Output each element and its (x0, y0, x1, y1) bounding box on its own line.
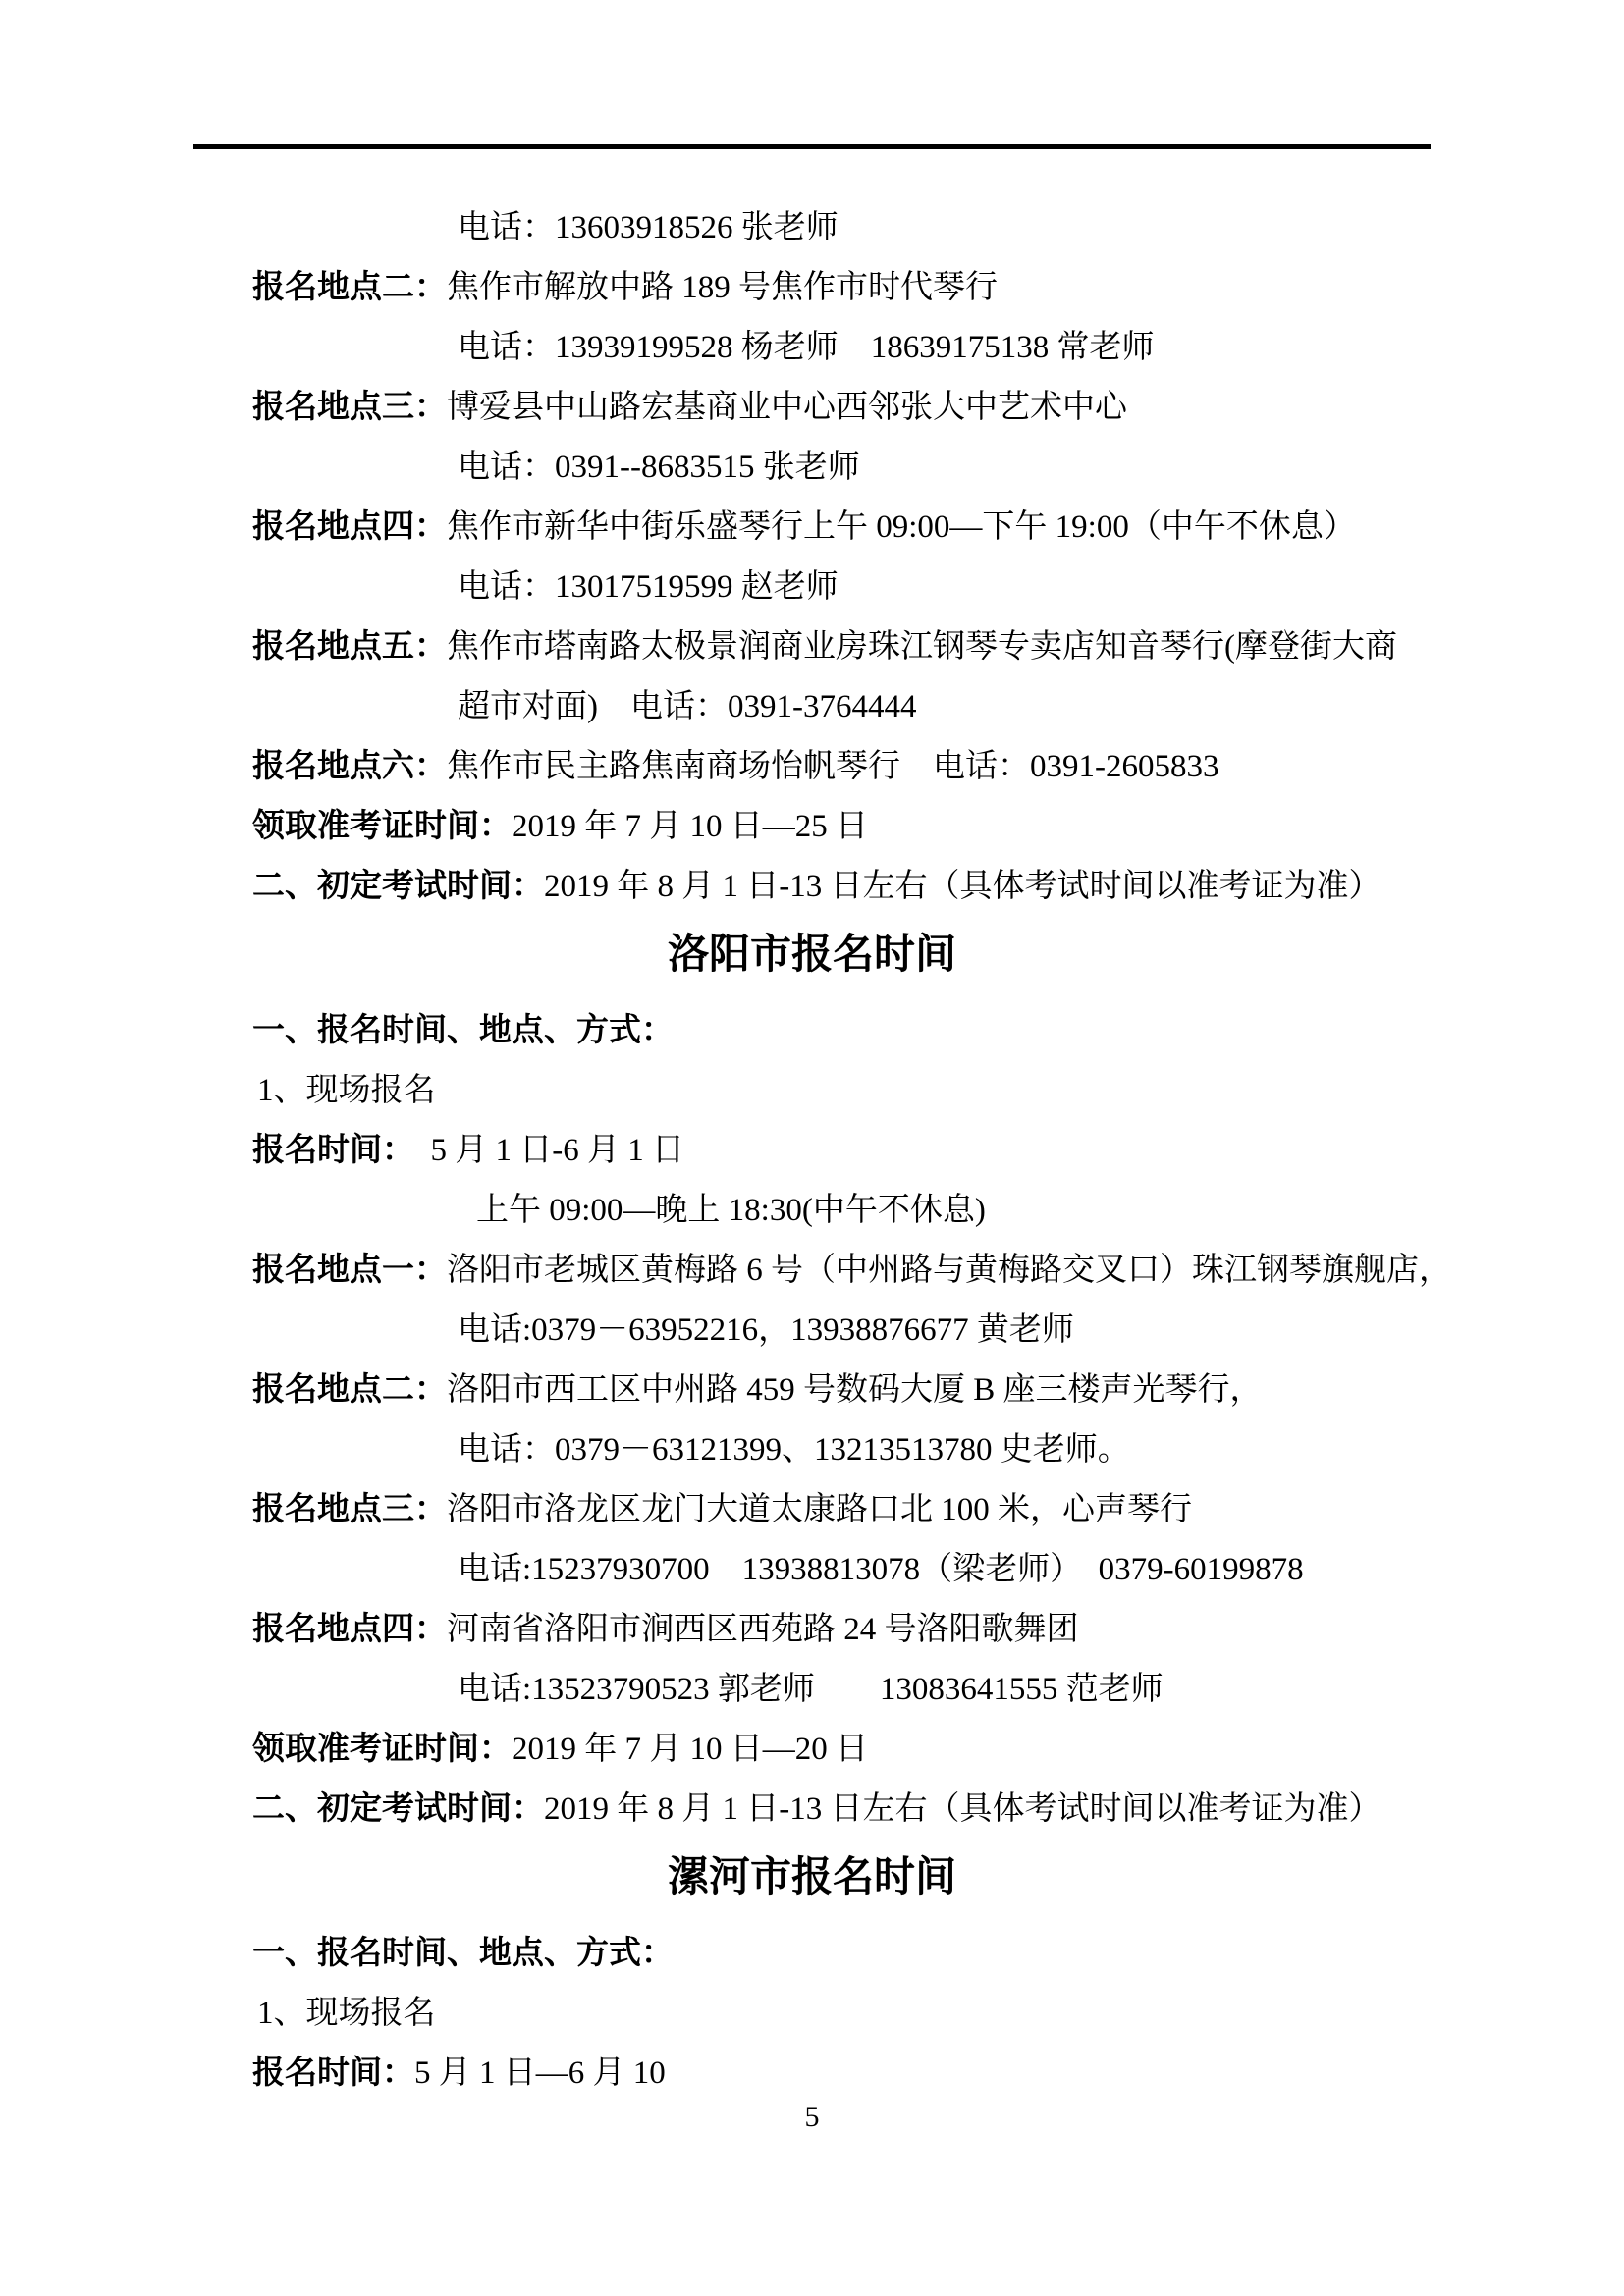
document-line: 电话:15237930700 13938813078（梁老师） 0379-601… (0, 1540, 1624, 1600)
section-heading: 洛阳市报名时间 (0, 917, 1624, 993)
line-text: 电话:0379－63952216，13938876677 黄老师 (458, 1312, 1074, 1348)
document-line: 报名地点三：洛阳市洛龙区龙门大道太康路口北 100 米，心声琴行 (0, 1480, 1624, 1540)
document-line: 电话:0379－63952216，13938876677 黄老师 (0, 1301, 1624, 1361)
line-label: 报名地点二： (252, 270, 447, 305)
document-line: 报名时间： 5 月 1 日-6 月 1 日 (0, 1121, 1624, 1181)
document-line: 1、现场报名 (0, 1061, 1624, 1121)
line-text: 5 月 1 日-6 月 1 日 (399, 1133, 685, 1168)
document-line: 电话：13939199528 杨老师 18639175138 常老师 (0, 318, 1624, 378)
line-text: 电话:13523790523 郭老师 13083641555 范老师 (458, 1672, 1164, 1707)
document-line: 一、报名时间、地点、方式： (0, 1001, 1624, 1061)
line-text: 焦作市塔南路太极景润商业房珠江钢琴专卖店知音琴行(摩登街大商 (447, 629, 1397, 665)
document-line: 电话:13523790523 郭老师 13083641555 范老师 (0, 1660, 1624, 1720)
document-line: 报名时间：5 月 1 日—6 月 10 (0, 2044, 1624, 2104)
section-heading-text: 漯河市报名时间 (668, 1855, 956, 1900)
line-text: 2019 年 7 月 10 日—25 日 (512, 809, 868, 844)
document-line: 报名地点六：焦作市民主路焦南商场怡帆琴行 电话：0391-2605833 (0, 737, 1624, 797)
line-text: 2019 年 8 月 1 日-13 日左右（具体考试时间以准考证为准） (544, 1791, 1381, 1827)
document-line: 领取准考证时间：2019 年 7 月 10 日—25 日 (0, 797, 1624, 857)
line-text: 1、现场报名 (257, 1996, 436, 2031)
document-line: 报名地点一：洛阳市老城区黄梅路 6 号（中州路与黄梅路交叉口）珠江钢琴旗舰店， (0, 1241, 1624, 1301)
line-text: 5 月 1 日—6 月 10 (414, 2056, 666, 2091)
line-text: 电话：0379－63121399、13213513780 史老师。 (458, 1432, 1130, 1468)
section-heading: 漯河市报名时间 (0, 1840, 1624, 1916)
line-text: 2019 年 8 月 1 日-13 日左右（具体考试时间以准考证为准） (544, 869, 1381, 904)
line-label: 报名地点三： (252, 390, 447, 425)
document-line: 超市对面) 电话：0391-3764444 (0, 677, 1624, 737)
document-line: 电话：13603918526 张老师 (0, 198, 1624, 258)
line-label: 报名地点一： (252, 1253, 447, 1288)
line-text: 焦作市新华中街乐盛琴行上午 09:00—下午 19:00（中午不休息） (447, 509, 1356, 545)
document-line: 二、初定考试时间：2019 年 8 月 1 日-13 日左右（具体考试时间以准考… (0, 857, 1624, 917)
section-heading-text: 洛阳市报名时间 (668, 933, 956, 978)
document-line: 1、现场报名 (0, 1984, 1624, 2044)
line-label: 一、报名时间、地点、方式： (252, 1936, 674, 1971)
line-text: 博爱县中山路宏基商业中心西邻张大中艺术中心 (447, 390, 1127, 425)
line-text: 电话：13939199528 杨老师 18639175138 常老师 (458, 330, 1155, 365)
line-label: 一、报名时间、地点、方式： (252, 1013, 674, 1048)
document-line: 领取准考证时间：2019 年 7 月 10 日—20 日 (0, 1720, 1624, 1780)
document-line: 电话：0379－63121399、13213513780 史老师。 (0, 1420, 1624, 1480)
line-label: 报名地点四： (252, 509, 447, 545)
header-rule (193, 144, 1431, 149)
document-page: 电话：13603918526 张老师报名地点二：焦作市解放中路 189 号焦作市… (0, 0, 1624, 2296)
line-label: 报名地点六： (252, 749, 447, 784)
line-text: 焦作市解放中路 189 号焦作市时代琴行 (447, 270, 998, 305)
line-label: 报名地点三： (252, 1492, 447, 1527)
document-content: 电话：13603918526 张老师报名地点二：焦作市解放中路 189 号焦作市… (0, 198, 1624, 2104)
line-label: 二、初定考试时间： (252, 869, 544, 904)
line-label: 二、初定考试时间： (252, 1791, 544, 1827)
document-line: 电话：0391--8683515 张老师 (0, 438, 1624, 498)
line-text: 河南省洛阳市涧西区西苑路 24 号洛阳歌舞团 (447, 1612, 1079, 1647)
document-line: 报名地点二：洛阳市西工区中州路 459 号数码大厦 B 座三楼声光琴行， (0, 1361, 1624, 1420)
line-label: 报名地点二： (252, 1372, 447, 1408)
document-line: 二、初定考试时间：2019 年 8 月 1 日-13 日左右（具体考试时间以准考… (0, 1780, 1624, 1840)
document-line: 报名地点五：焦作市塔南路太极景润商业房珠江钢琴专卖店知音琴行(摩登街大商 (0, 617, 1624, 677)
line-label: 领取准考证时间： (252, 1732, 512, 1767)
line-text: 上午 09:00—晚上 18:30(中午不休息) (476, 1193, 986, 1228)
document-line: 一、报名时间、地点、方式： (0, 1924, 1624, 1984)
line-text: 1、现场报名 (257, 1073, 436, 1108)
document-line: 报名地点三：博爱县中山路宏基商业中心西邻张大中艺术中心 (0, 378, 1624, 438)
document-line: 上午 09:00—晚上 18:30(中午不休息) (0, 1181, 1624, 1241)
line-label: 报名地点四： (252, 1612, 447, 1647)
line-label: 报名时间： (252, 1133, 399, 1168)
line-text: 焦作市民主路焦南商场怡帆琴行 电话：0391-2605833 (447, 749, 1219, 784)
line-text: 电话：13017519599 赵老师 (458, 569, 839, 605)
line-label: 报名地点五： (252, 629, 447, 665)
document-line: 电话：13017519599 赵老师 (0, 558, 1624, 617)
line-text: 电话：0391--8683515 张老师 (458, 450, 860, 485)
line-label: 领取准考证时间： (252, 809, 512, 844)
line-text: 电话：13603918526 张老师 (458, 210, 839, 245)
page-number: 5 (0, 2099, 1624, 2136)
line-text: 洛阳市洛龙区龙门大道太康路口北 100 米，心声琴行 (447, 1492, 1192, 1527)
line-label: 报名时间： (252, 2056, 414, 2091)
document-line: 报名地点二：焦作市解放中路 189 号焦作市时代琴行 (0, 258, 1624, 318)
line-text: 洛阳市西工区中州路 459 号数码大厦 B 座三楼声光琴行， (447, 1372, 1263, 1408)
line-text: 电话:15237930700 13938813078（梁老师） 0379-601… (458, 1552, 1304, 1587)
document-line: 报名地点四：河南省洛阳市涧西区西苑路 24 号洛阳歌舞团 (0, 1600, 1624, 1660)
line-text: 2019 年 7 月 10 日—20 日 (512, 1732, 868, 1767)
document-line: 报名地点四：焦作市新华中街乐盛琴行上午 09:00—下午 19:00（中午不休息… (0, 498, 1624, 558)
line-text: 洛阳市老城区黄梅路 6 号（中州路与黄梅路交叉口）珠江钢琴旗舰店， (447, 1253, 1451, 1288)
line-text: 超市对面) 电话：0391-3764444 (458, 689, 916, 724)
